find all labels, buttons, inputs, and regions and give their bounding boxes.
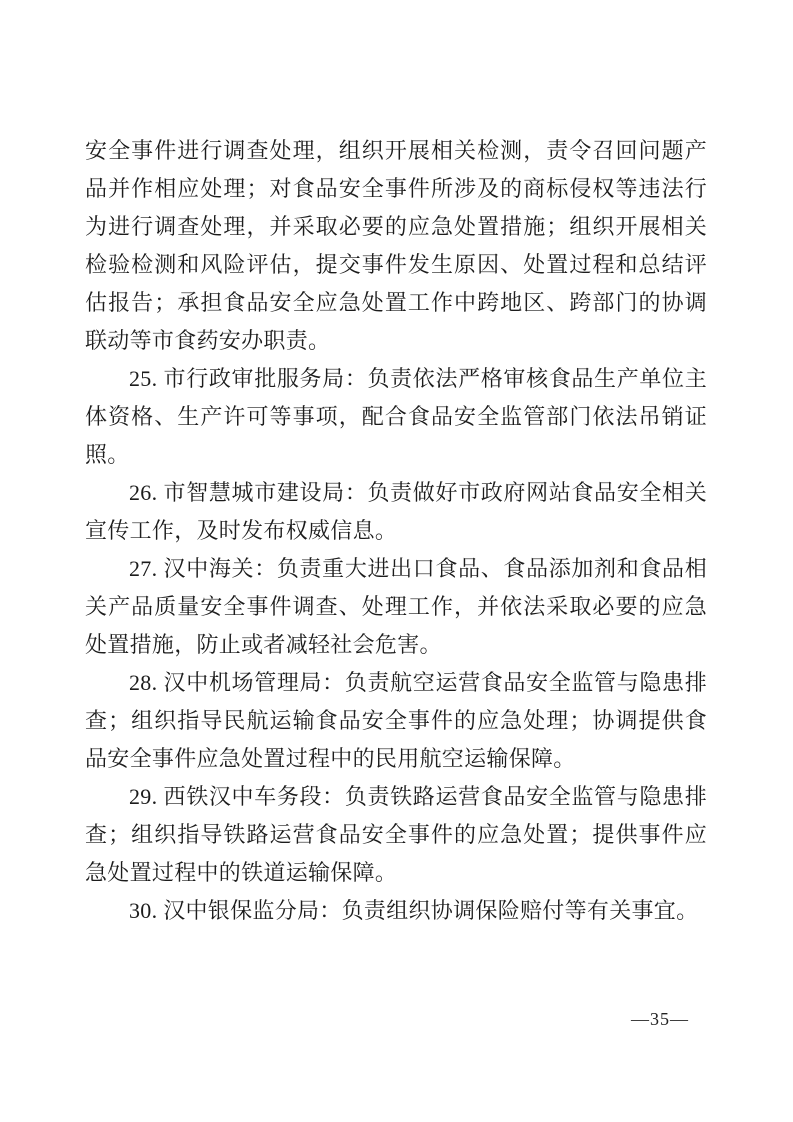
paragraph-item-30: 30. 汉中银保监分局：负责组织协调保险赔付等有关事宜。 bbox=[85, 892, 707, 930]
paragraph-item-28: 28. 汉中机场管理局：负责航空运营食品安全监管与隐患排查；组织指导民航运输食品… bbox=[85, 664, 707, 778]
page-number: —35— bbox=[631, 1009, 689, 1030]
document-page: 安全事件进行调查处理，组织开展相关检测，责令召回问题产品并作相应处理；对食品安全… bbox=[0, 0, 793, 1122]
paragraph-item-29: 29. 西铁汉中车务段：负责铁路运营食品安全监管与隐患排查；组织指导铁路运营食品… bbox=[85, 778, 707, 892]
paragraph-item-25: 25. 市行政审批服务局：负责依法严格审核食品生产单位主体资格、生产许可等事项，… bbox=[85, 360, 707, 474]
paragraph-continuation: 安全事件进行调查处理，组织开展相关检测，责令召回问题产品并作相应处理；对食品安全… bbox=[85, 132, 707, 360]
paragraph-item-26: 26. 市智慧城市建设局：负责做好市政府网站食品安全相关宣传工作，及时发布权威信… bbox=[85, 474, 707, 550]
document-body: 安全事件进行调查处理，组织开展相关检测，责令召回问题产品并作相应处理；对食品安全… bbox=[85, 132, 707, 930]
paragraph-item-27: 27. 汉中海关：负责重大进出口食品、食品添加剂和食品相关产品质量安全事件调查、… bbox=[85, 550, 707, 664]
